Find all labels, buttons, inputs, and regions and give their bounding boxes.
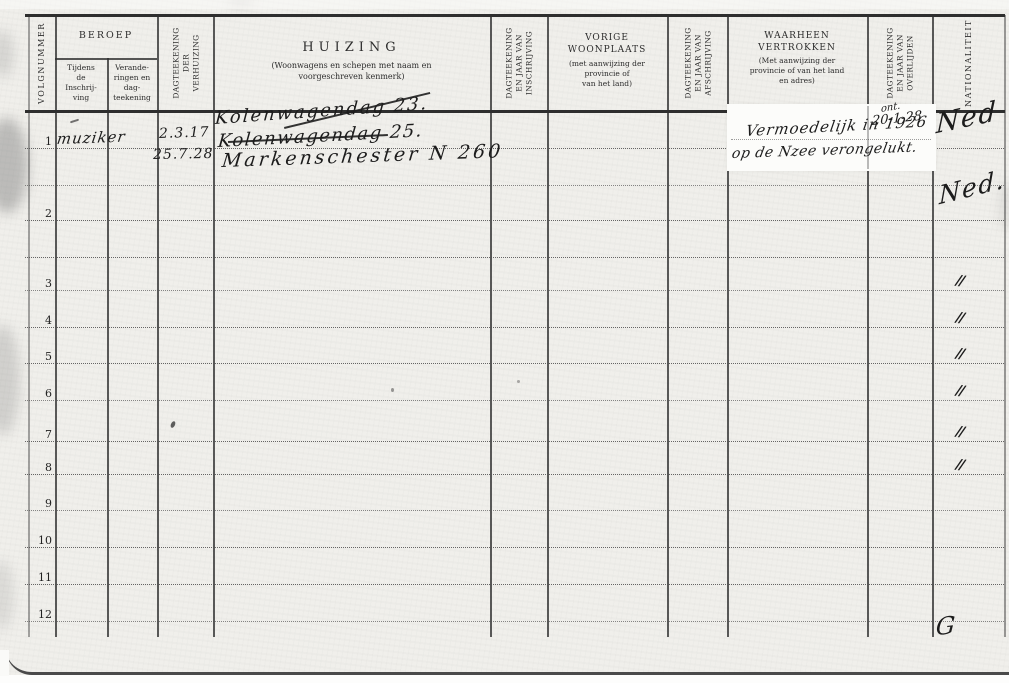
footer-initial-mark: G	[935, 611, 956, 641]
nationality-ditto-mark: //	[955, 310, 964, 327]
row-number: 7	[18, 428, 52, 441]
row-dotted-line	[25, 220, 1004, 221]
row-number: 4	[18, 314, 52, 327]
col-header-vorige-woonplaats: VORIGE WOONPLAATS	[547, 33, 667, 56]
entry1-verhuizing-date2: 25.7.28	[153, 146, 214, 163]
row-number: 10	[18, 534, 52, 547]
column-line	[1004, 15, 1006, 637]
row-number: 3	[18, 277, 52, 290]
entry1-beroep: muziker	[56, 128, 127, 148]
ink-speck-2	[391, 388, 394, 392]
col-header-beroep-sub2: Verande- ringen en dag- teekening	[108, 63, 156, 104]
row-dotted-line	[25, 547, 1004, 548]
row-dotted-line	[25, 441, 1004, 442]
scan-below-edge	[0, 675, 1009, 683]
row-number: 9	[18, 497, 52, 510]
row-dotted-line	[25, 400, 1004, 401]
row-dotted-line	[25, 363, 1004, 364]
row-number: 8	[18, 461, 52, 474]
beroep-divider	[55, 58, 157, 60]
entry2-nationaliteit: Ned.	[939, 164, 1006, 210]
column-line	[547, 15, 549, 637]
row-dotted-line	[25, 621, 1004, 622]
col-header-waarheen: WAARHEEN VERTROKKEN	[727, 31, 867, 54]
col-header-nationaliteit: NATIONALITEIT	[964, 17, 974, 109]
row-dotted-line	[25, 584, 1004, 585]
entry1-verhuizing-date1: 2.3.17	[159, 124, 210, 142]
row-number: 6	[18, 387, 52, 400]
ink-speck-1	[170, 420, 177, 428]
col-header-huizing: HUIZING	[213, 40, 490, 55]
nationality-ditto-mark: //	[955, 424, 964, 441]
col-header-vorige-woonplaats-sub: (met aanwijzing der provincie of van het…	[547, 59, 667, 89]
row-dotted-line	[25, 327, 1004, 328]
row-dotted-line	[25, 290, 1004, 291]
nationality-ditto-mark: //	[955, 383, 964, 400]
scan-top-edge	[0, 0, 1009, 9]
column-line	[490, 15, 492, 637]
scan-corner-white	[0, 650, 9, 676]
col-header-overlijden: DAGTEEKENING EN JAAR VAN OVERLIJDEN	[885, 17, 914, 109]
col-header-inschrijving: DAGTEEKENING EN JAAR VAN INSCHRIJVING	[504, 17, 533, 109]
nationality-ditto-mark: //	[955, 457, 964, 474]
col-header-verhuizing: DAGTEEKENING DER VERHUIZING	[171, 17, 200, 109]
row-dotted-line	[25, 257, 1004, 258]
row-dotted-line	[25, 474, 1004, 475]
col-header-beroep-sub1: Tijdens de Inschrij- ving	[56, 63, 106, 104]
row-dotted-line	[25, 185, 1004, 186]
ink-speck-3	[517, 380, 520, 383]
nationality-ditto-mark: //	[955, 346, 964, 363]
col-header-volgnummer: VOLGNUMMER	[37, 17, 47, 109]
column-line	[667, 15, 669, 637]
col-header-huizing-sub: (Woonwagens en schepen met naam en voorg…	[213, 60, 490, 82]
column-line	[157, 15, 159, 637]
scan-smudge-left-3	[0, 30, 14, 78]
scan-smudge-left-1	[0, 118, 28, 213]
entry1-nationaliteit: Ned	[935, 95, 998, 140]
row-number: 1	[18, 135, 52, 148]
row-number: 2	[18, 207, 52, 220]
ink-dash	[70, 119, 79, 124]
col-header-beroep: BEROEP	[55, 30, 157, 41]
scan-smudge-left-2	[0, 325, 20, 435]
row-dotted-line	[25, 510, 1004, 511]
col-header-waarheen-sub: (Met aanwijzing der provincie of van het…	[727, 56, 867, 86]
scanned-register-page: 123456789101112//////////// VOLGNUMMER B…	[0, 0, 1009, 683]
column-line	[55, 15, 57, 637]
row-number: 11	[18, 571, 52, 584]
nationality-ditto-mark: //	[955, 273, 964, 290]
col-header-afschrijving: DAGTEEKENING EN JAAR VAN AFSCHRIJVING	[683, 17, 712, 109]
row-number: 5	[18, 350, 52, 363]
row-number: 12	[18, 608, 52, 621]
